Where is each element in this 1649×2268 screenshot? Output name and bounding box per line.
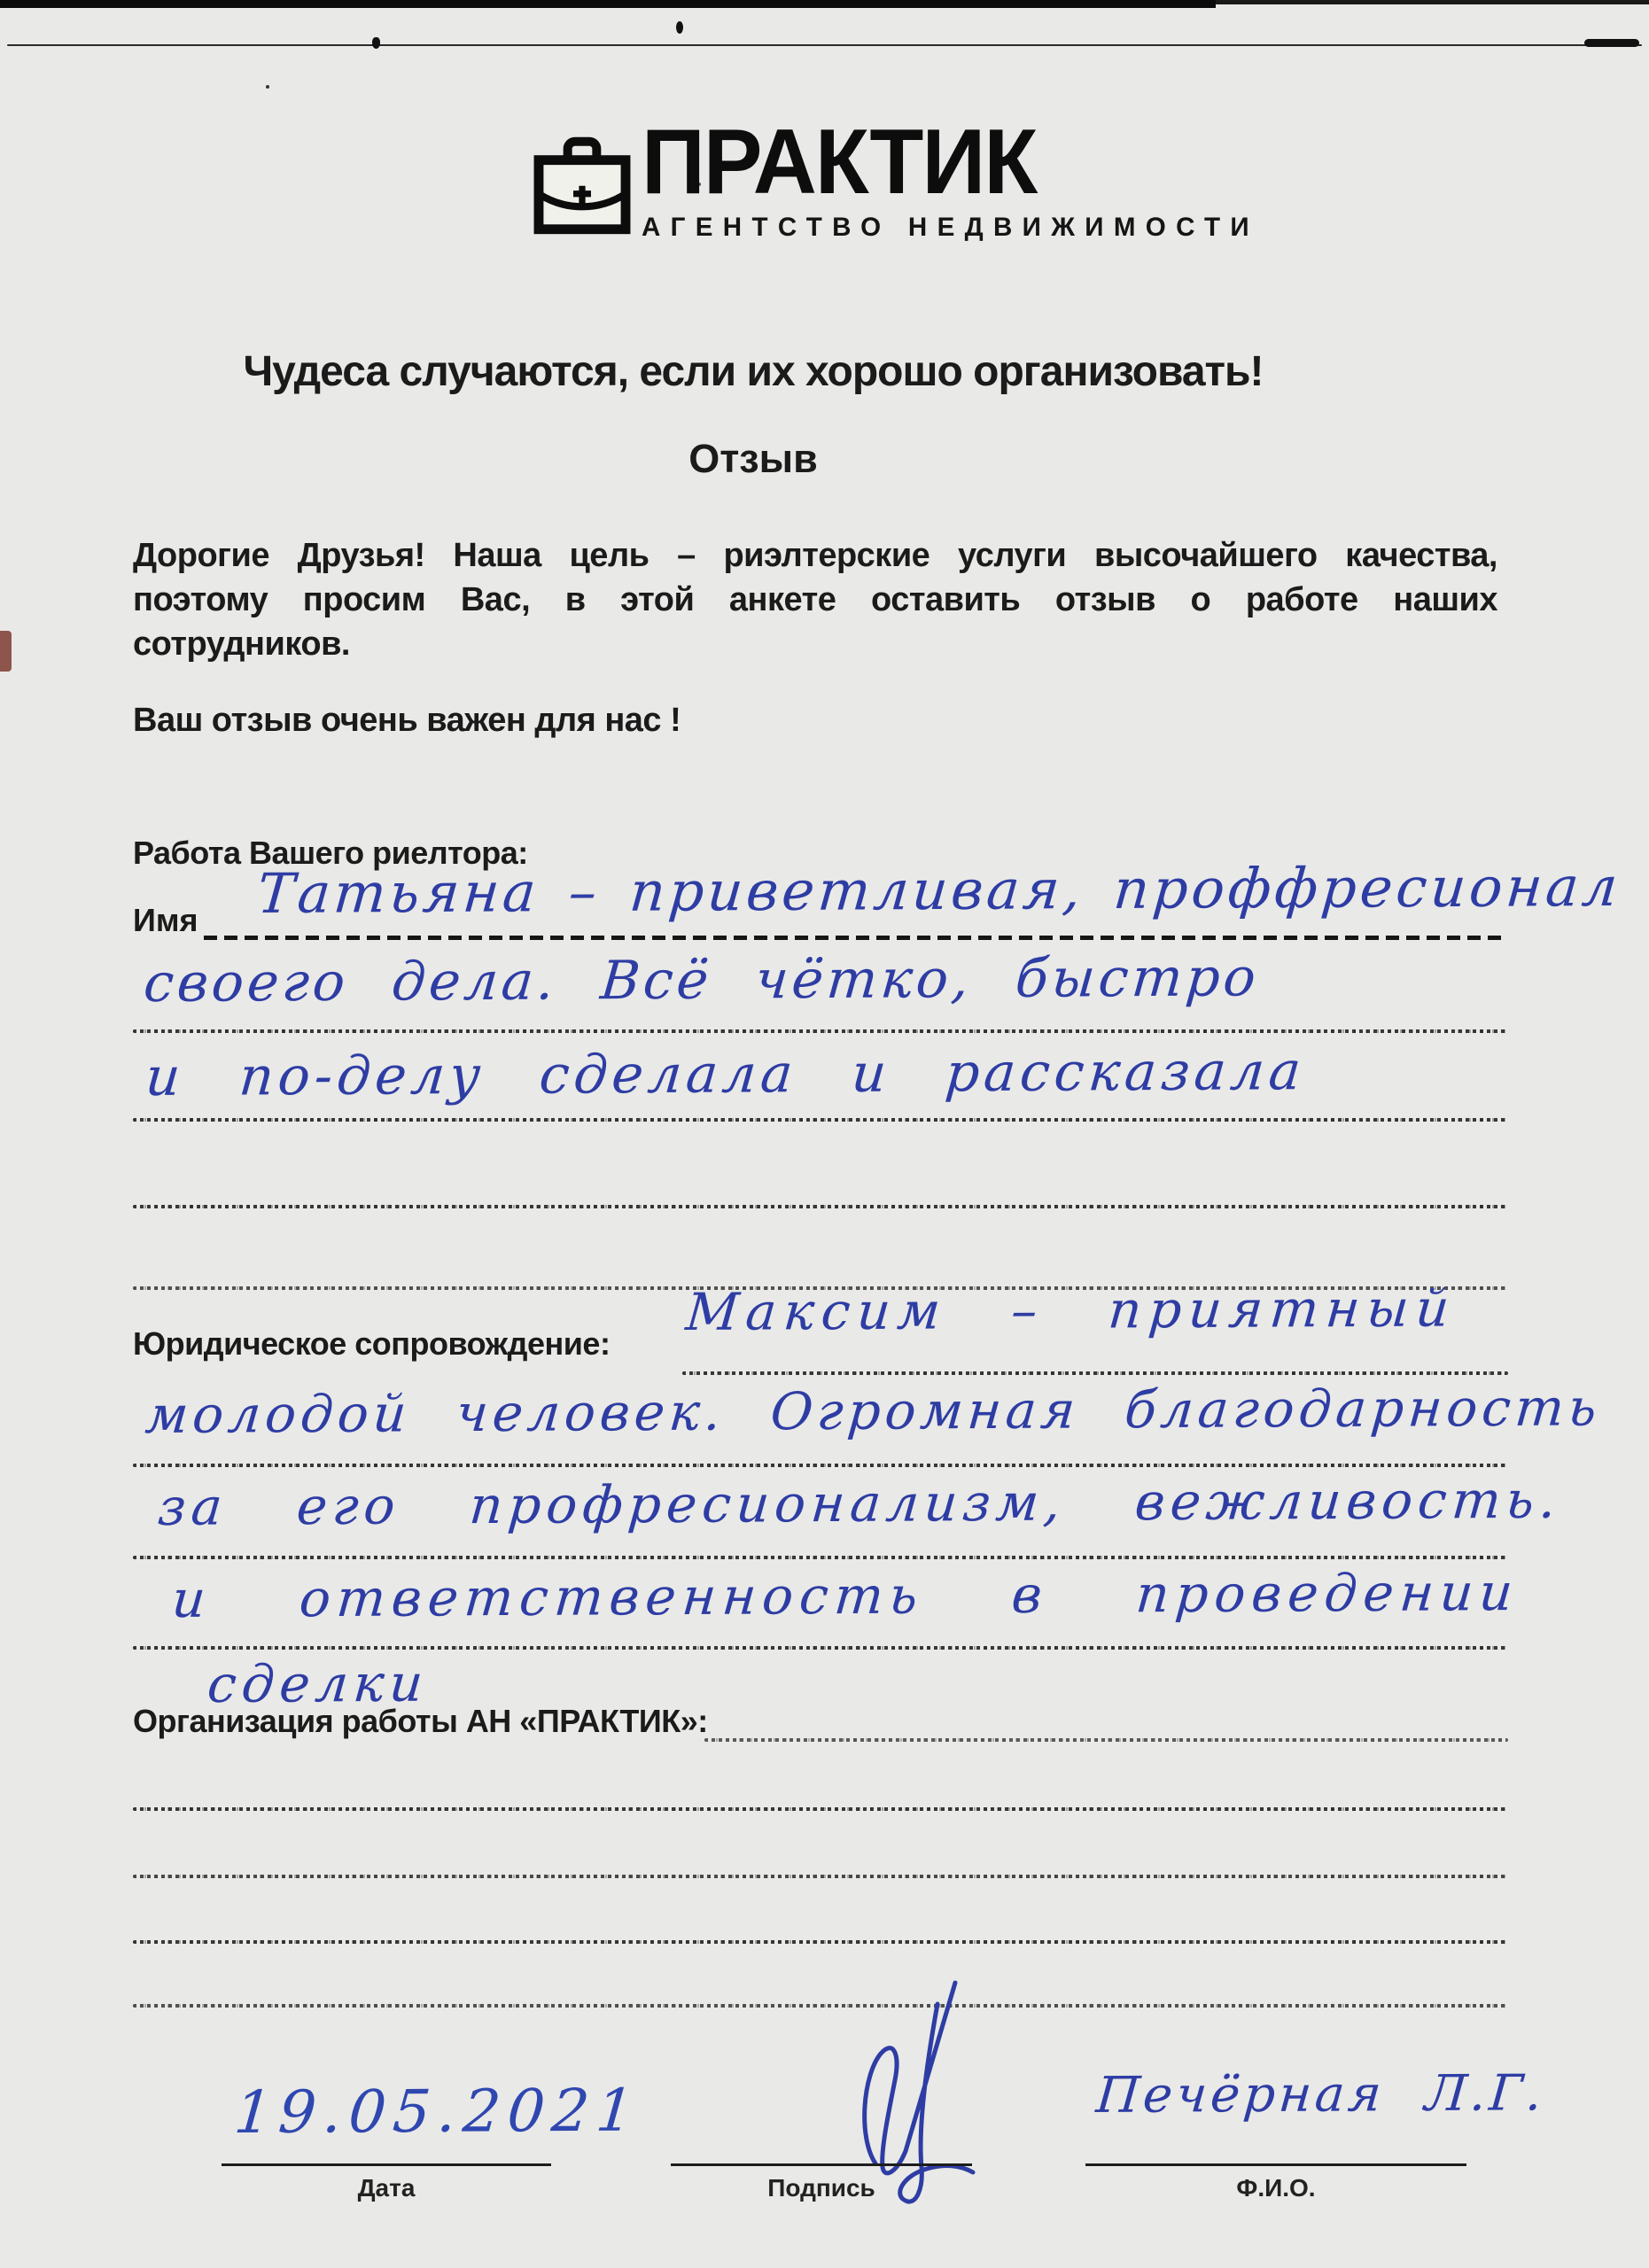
handwritten-realtor-line: Татьяна – приветливая, проффресионал [255,859,1623,921]
organization-section-label: Организация работы АН «ПРАКТИК»: [133,1703,708,1740]
logo-subtitle: АГЕНТСТВО НЕДВИЖИМОСТИ [642,213,1259,243]
ruled-line [682,1371,1508,1375]
fio-line [1085,2163,1466,2166]
intro-note: Ваш отзыв очень важен для нас ! [133,702,681,740]
ruled-line [133,2004,1508,2008]
scan-artifact-speck [266,85,269,89]
handwritten-legal-line: за его профресионализм, вежливость. [156,1474,1563,1533]
ruled-line [133,1875,1508,1878]
scan-artifact-top-bar [0,0,1216,8]
signature-line [671,2163,972,2166]
intro-line: поэтому просим Вас, в этой анкете остави… [133,578,1497,622]
agency-logo: ПРАКТИК АГЕНТСТВО НЕДВИЖИМОСТИ [530,120,1269,243]
legal-section-label: Юридическое сопровождение: [133,1325,610,1363]
date-line [222,2163,551,2166]
logo-name: ПРАКТИК [642,120,1243,206]
name-field-line [204,936,1508,940]
scan-artifact-red-mark [0,631,12,672]
handwritten-legal-line: и ответственность в проведении [170,1566,1521,1625]
fio-label: Ф.И.О. [1085,2174,1466,2202]
scanned-feedback-form: ПРАКТИК АГЕНТСТВО НЕДВИЖИМОСТИ Чудеса сл… [0,0,1649,2268]
scan-artifact-top-bar-thin [1216,0,1649,4]
scan-artifact-blob [1584,39,1639,47]
ruled-line [133,1940,1508,1944]
handwritten-date: 19.05.2021 [232,2082,643,2142]
ruled-line [133,1205,1508,1208]
intro-line: Дорогие Друзья! Наша цель – риэлтерские … [133,533,1497,578]
ruled-line [133,1118,1508,1122]
name-field-label: Имя [133,902,198,939]
date-label: Дата [222,2174,551,2202]
ruled-line [133,1646,1508,1650]
handwritten-realtor-line: своего дела. Всё чётко, быстро [142,951,1261,1010]
handwritten-legal-line: молодой человек. Огромная благодарность [144,1381,1603,1441]
ruled-line [133,1464,1508,1467]
scan-artifact-dot [676,21,683,34]
ruled-line [133,1556,1508,1559]
ruled-line [133,1029,1508,1033]
signature-label: Подпись [671,2174,972,2202]
intro-paragraph: Дорогие Друзья! Наша цель – риэлтерские … [133,533,1497,666]
handwritten-signature [842,1977,1019,2208]
slogan: Чудеса случаются, если их хорошо организ… [133,347,1373,396]
handwritten-fio: Печёрная Л.Г. [1094,2069,1547,2121]
handwritten-realtor-line: и по-делу сделала и рассказала [144,1045,1307,1104]
intro-line: сотрудников. [133,622,1497,666]
scan-artifact-dot [372,37,380,49]
ruled-line [133,1807,1508,1811]
page-title: Отзыв [133,436,1373,482]
briefcase-icon [530,120,634,242]
handwritten-legal-line: Максим – приятный [684,1282,1458,1338]
ruled-line [704,1738,1508,1742]
scan-artifact-line [7,44,1642,46]
